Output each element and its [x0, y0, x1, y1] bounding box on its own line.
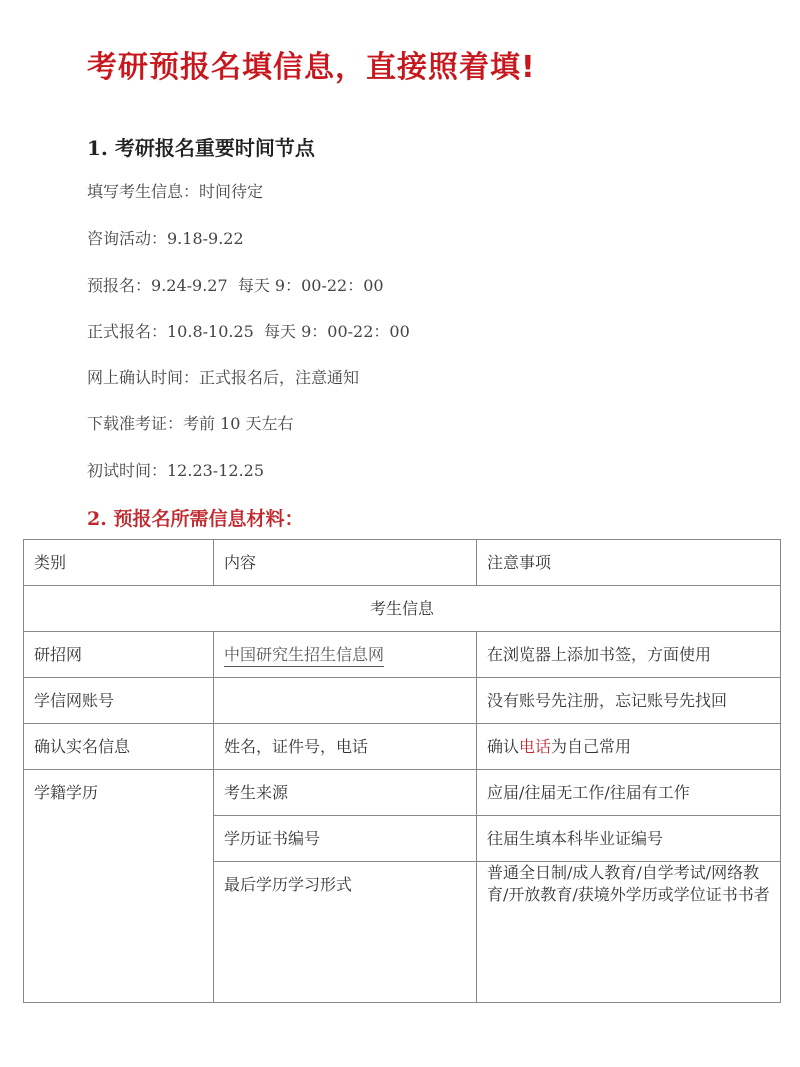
header-category: 类别: [24, 540, 214, 586]
info-table: 类别 内容 注意事项 考生信息 研招网 中国研究生招生信息网 在浏览器上添加书签…: [23, 539, 781, 1003]
table-row: 研招网 中国研究生招生信息网 在浏览器上添加书签，方面使用: [24, 632, 781, 678]
cell-note: 普通全日制/成人教育/自学考试/网络教育/开放教育/获境外学历或学位证书书者: [477, 862, 781, 1003]
yanzhao-link[interactable]: 中国研究生招生信息网: [224, 645, 384, 664]
cell-content: [214, 678, 477, 724]
cell-content: 姓名，证件号，电话: [214, 724, 477, 770]
section-label: 考生信息: [24, 586, 781, 632]
cell-note: 没有账号先注册，忘记账号先找回: [477, 678, 781, 724]
cell-category: 学信网账号: [24, 678, 214, 724]
cell-content: 最后学历学习形式: [214, 862, 477, 1003]
table-header-row: 类别 内容 注意事项: [24, 540, 781, 586]
table-row: 学信网账号 没有账号先注册，忘记账号先找回: [24, 678, 781, 724]
cell-content: 考生来源: [214, 770, 477, 816]
header-notes: 注意事项: [477, 540, 781, 586]
section1-heading: 1. 考研报名重要时间节点: [87, 134, 315, 162]
timeline-item: 预报名：9.24-9.27 每天 9：00-22：00: [87, 275, 384, 297]
cell-note: 在浏览器上添加书签，方面使用: [477, 632, 781, 678]
cell-note: 应届/往届无工作/往届有工作: [477, 770, 781, 816]
cell-category: 研招网: [24, 632, 214, 678]
cell-category: 确认实名信息: [24, 724, 214, 770]
section2-heading: 2. 预报名所需信息材料：: [87, 506, 303, 532]
table-row: 确认实名信息 姓名，证件号，电话 确认电话为自己常用: [24, 724, 781, 770]
cell-content: 中国研究生招生信息网: [214, 632, 477, 678]
timeline-item: 初试时间：12.23-12.25: [87, 460, 264, 482]
cell-note: 往届生填本科毕业证编号: [477, 816, 781, 862]
timeline-item: 网上确认时间：正式报名后，注意通知: [87, 367, 359, 389]
timeline-item: 正式报名：10.8-10.25 每天 9：00-22：00: [87, 321, 410, 343]
note-suffix: 为自己常用: [551, 737, 631, 756]
cell-note: 确认电话为自己常用: [477, 724, 781, 770]
page-title: 考研预报名填信息，直接照着填!: [87, 48, 536, 88]
table-section-row: 考生信息: [24, 586, 781, 632]
cell-content: 学历证书编号: [214, 816, 477, 862]
timeline-item: 填写考生信息：时间待定: [87, 181, 263, 203]
header-content: 内容: [214, 540, 477, 586]
timeline-item: 咨询活动：9.18-9.22: [87, 228, 244, 250]
table-row: 学籍学历 考生来源 应届/往届无工作/往届有工作: [24, 770, 781, 816]
cell-category: 学籍学历: [24, 770, 214, 1003]
timeline-item: 下载准考证：考前 10 天左右: [87, 413, 294, 435]
note-prefix: 确认: [487, 737, 519, 756]
note-highlight: 电话: [519, 737, 551, 756]
